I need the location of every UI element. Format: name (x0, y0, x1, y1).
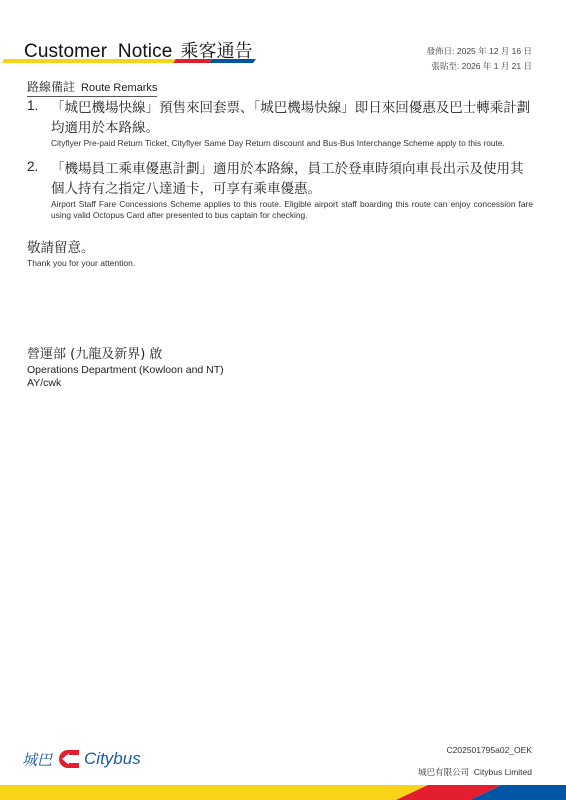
remark-text-en: Cityflyer Pre-paid Return Ticket, Cityfl… (51, 138, 533, 149)
department-en: Operations Department (Kowloon and NT) (27, 364, 224, 377)
thanks-en: Thank you for your attention. (27, 258, 135, 268)
remark-number: 2. (27, 159, 38, 174)
logo-text-zh: 城巴 (22, 749, 52, 770)
section-heading: 路線備註Route Remarks (27, 80, 157, 97)
reference-code: AY/cwk (27, 377, 61, 389)
section-heading-zh: 路線備註 (27, 80, 75, 94)
title-color-bar (0, 59, 258, 63)
citybus-logo: 城巴 Citybus (22, 747, 141, 771)
remark-text-zh: 「城巴機場快線」預售來回套票、「城巴機場快線」即日來回優惠及巴士轉乘計劃均適用於… (51, 98, 533, 138)
citybus-arrow-logo-icon (56, 749, 80, 769)
company-name: 城巴有限公司 Citybus Limited (418, 766, 532, 778)
footer-color-bar (0, 785, 566, 800)
post-until-date: 張貼至: 2026 年 1 月 21 日 (427, 59, 532, 74)
issue-date: 發佈日: 2025 年 12 月 16 日 (427, 44, 532, 59)
logo-text-en: Citybus (84, 749, 141, 769)
department-zh: 營運部 (九龍及新界) 啟 (27, 343, 162, 362)
remark-item-1: 1. 「城巴機場快線」預售來回套票、「城巴機場快線」即日來回優惠及巴士轉乘計劃均… (27, 98, 533, 149)
remark-text-zh: 「機場員工乘車優惠計劃」適用於本路線，員工於登車時須向車長出示及使用其個人持有之… (51, 159, 533, 199)
section-heading-en: Route Remarks (81, 82, 157, 94)
remark-item-2: 2. 「機場員工乘車優惠計劃」適用於本路線，員工於登車時須向車長出示及使用其個人… (27, 159, 533, 221)
remark-number: 1. (27, 98, 38, 113)
remark-text-en: Airport Staff Fare Concessions Scheme ap… (51, 199, 533, 221)
notice-dates: 發佈日: 2025 年 12 月 16 日 張貼至: 2026 年 1 月 21… (427, 44, 532, 74)
thanks-zh: 敬請留意。 (27, 236, 95, 256)
document-code: C202501795a02_OEK (446, 745, 532, 755)
